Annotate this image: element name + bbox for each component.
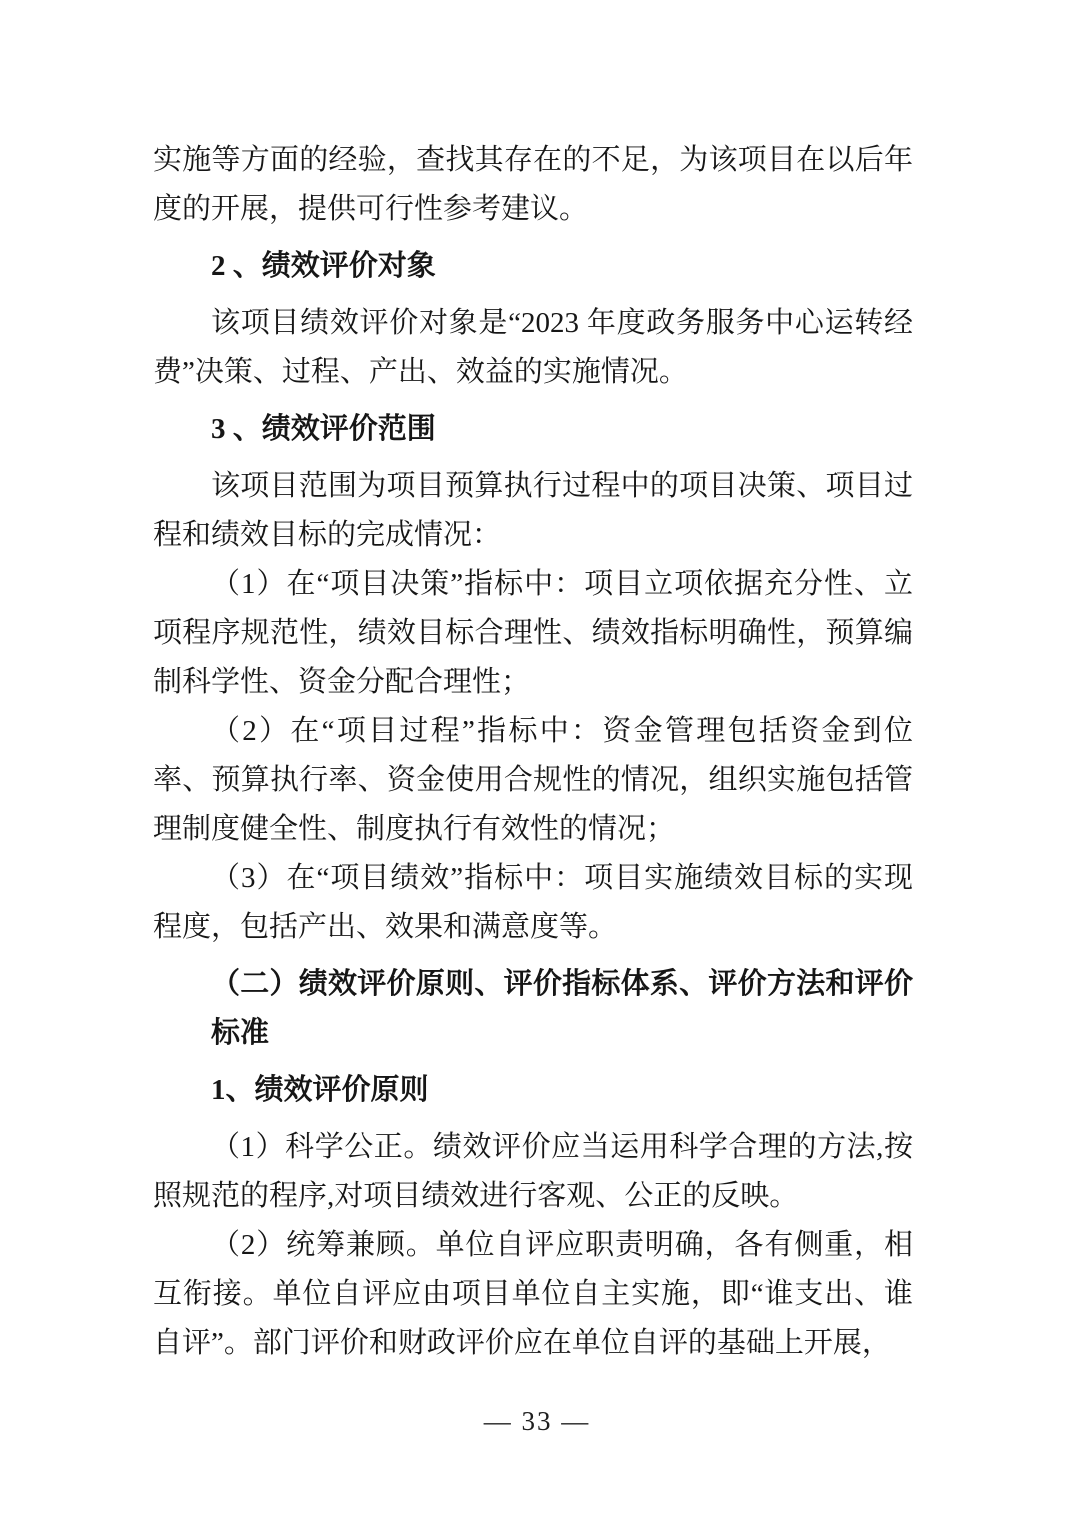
section-heading-evaluation-object: 2 、绩效评价对象 xyxy=(153,242,913,291)
section-heading-evaluation-scope: 3 、绩效评价范围 xyxy=(153,405,913,454)
paragraph-continuation: 实施等方面的经验，查找其存在的不足，为该项目在以后年度的开展，提供可行性参考建议… xyxy=(153,136,913,234)
paragraph-evaluation-object: 该项目绩效评价对象是“2023 年度政务服务中心运转经费”决策、过程、产出、效益… xyxy=(153,299,913,397)
paragraph-scope-intro: 该项目范围为项目预算执行过程中的项目决策、项目过程和绩效目标的完成情况： xyxy=(153,462,913,560)
paragraph-principle-2: （2）统筹兼顾。单位自评应职责明确，各有侧重，相互衔接。单位自评应由项目单位自主… xyxy=(153,1221,913,1368)
paragraph-scope-item-3: （3）在“项目绩效”指标中：项目实施绩效目标的实现程度，包括产出、效果和满意度等… xyxy=(153,854,913,952)
section-heading-principles-system-methods: （二）绩效评价原则、评价指标体系、评价方法和评价标准 xyxy=(153,960,913,1058)
paragraph-scope-item-1: （1）在“项目决策”指标中：项目立项依据充分性、立项程序规范性，绩效目标合理性、… xyxy=(153,560,913,707)
document-page: 实施等方面的经验，查找其存在的不足，为该项目在以后年度的开展，提供可行性参考建议… xyxy=(0,0,1074,1520)
section-heading-evaluation-principles: 1、绩效评价原则 xyxy=(153,1066,913,1115)
document-body: 实施等方面的经验，查找其存在的不足，为该项目在以后年度的开展，提供可行性参考建议… xyxy=(153,136,913,1368)
paragraph-principle-1: （1）科学公正。绩效评价应当运用科学合理的方法,按照规范的程序,对项目绩效进行客… xyxy=(153,1123,913,1221)
page-number: — 33 — xyxy=(0,1400,1074,1442)
paragraph-scope-item-2: （2）在“项目过程”指标中：资金管理包括资金到位率、预算执行率、资金使用合规性的… xyxy=(153,707,913,854)
